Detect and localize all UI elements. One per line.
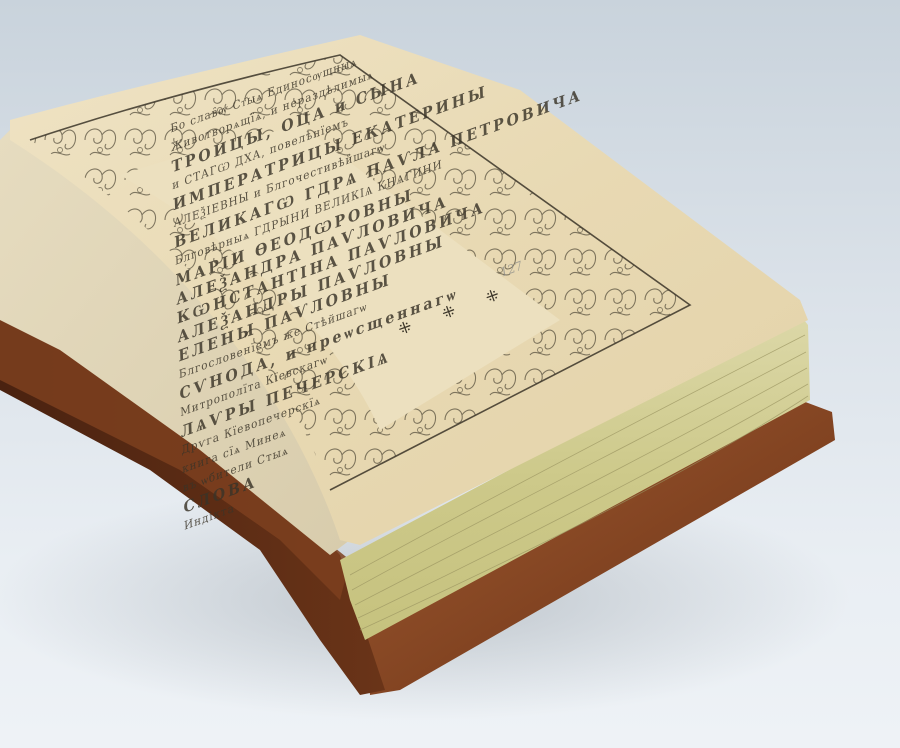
book-photo-scene: Бо слав̑ѹ Ст҃ыѧ Единосѹщныѧ Животворѧщїѧ… <box>0 0 900 748</box>
